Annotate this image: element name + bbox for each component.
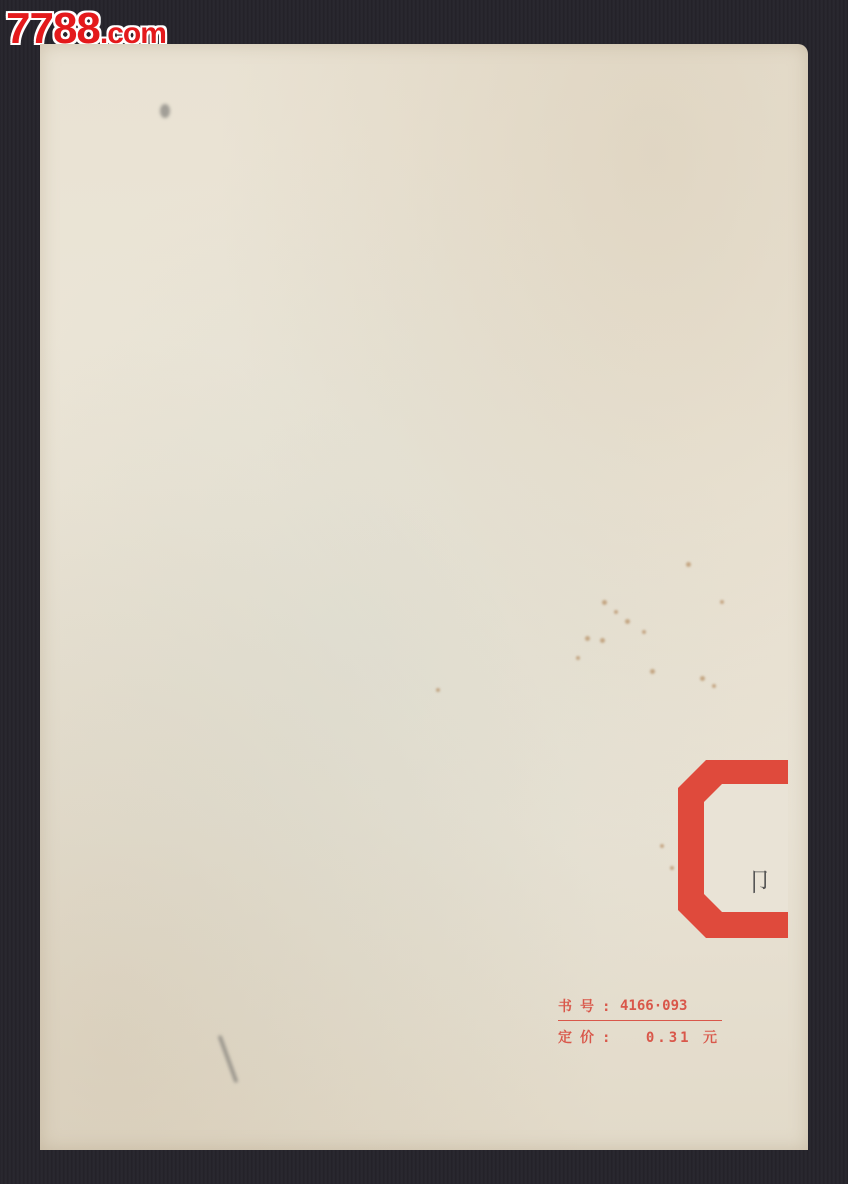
book-number-value: 4166·093 xyxy=(620,998,722,1014)
book-number-label: 书号: xyxy=(558,996,620,1016)
foxing-spot xyxy=(660,844,664,848)
foxing-spot xyxy=(585,636,590,641)
foxing-spot xyxy=(625,619,630,624)
foxing-spot xyxy=(642,630,646,634)
foxing-spot xyxy=(712,684,716,688)
foxing-spot xyxy=(602,600,607,605)
price-value: 0.31 元 xyxy=(620,1027,722,1047)
foxing-spot xyxy=(650,669,655,674)
book-back-cover xyxy=(40,44,808,1150)
price-label: 定价: xyxy=(558,1027,620,1047)
book-number-row: 书号: 4166·093 xyxy=(558,994,722,1018)
foxing-spot xyxy=(670,866,674,870)
publication-info: 书号: 4166·093 定价: 0.31 元 xyxy=(558,994,722,1049)
foxing-spot xyxy=(720,600,724,604)
foxing-spot xyxy=(686,562,691,567)
foxing-spot xyxy=(700,676,705,681)
foxing-spot xyxy=(576,656,580,660)
stamp-character: 卩 xyxy=(746,862,772,899)
ink-smudge xyxy=(160,104,170,118)
foxing-spot xyxy=(600,638,605,643)
foxing-spot xyxy=(436,688,440,692)
price-row: 定价: 0.31 元 xyxy=(558,1025,722,1049)
pencil-mark xyxy=(218,1035,239,1083)
foxing-spot xyxy=(614,610,618,614)
divider-rule xyxy=(558,1020,722,1021)
